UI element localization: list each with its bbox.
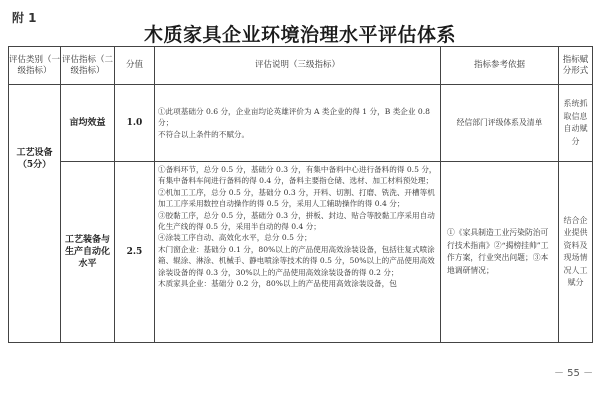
header-category: 评估类别（一级指标） bbox=[9, 47, 61, 85]
description-cell: ①备料环节，总分 0.5 分，基础分 0.3 分，有集中备料中心进行备料的得 0… bbox=[155, 162, 441, 343]
description-line: 不符合以上条件的不赋分。 bbox=[158, 129, 437, 140]
indicator-cell: 亩均效益 bbox=[61, 85, 115, 162]
description-line: 木门窗企业：基础分 0.1 分，80%以上的产品使用高效涂装设备，包括往复式喷涂… bbox=[158, 244, 437, 278]
table-header-row: 评估类别（一级指标） 评估指标（二级指标） 分值 评估说明（三级指标） 指标参考… bbox=[9, 47, 593, 85]
table-row: 工艺设备 （5分） 亩均效益 1.0 ①此项基础分 0.6 分，企业亩均论英雄评… bbox=[9, 85, 593, 162]
document-title: 木质家具企业环境治理水平评估体系 bbox=[0, 20, 600, 47]
evaluation-table: 评估类别（一级指标） 评估指标（二级指标） 分值 评估说明（三级指标） 指标参考… bbox=[8, 46, 593, 343]
reference-cell: 经信部门评级体系及清单 bbox=[441, 85, 559, 162]
scoring-form-cell: 系统抓取信息自动赋分 bbox=[559, 85, 593, 162]
description-line: ①备料环节，总分 0.5 分，基础分 0.3 分，有集中备料中心进行备料的得 0… bbox=[158, 164, 437, 187]
category-cell: 工艺设备 （5分） bbox=[9, 85, 61, 343]
description-line: ④涂装工序自动、高效化水平，总分 0.5 分； bbox=[158, 232, 437, 243]
score-cell: 1.0 bbox=[115, 85, 155, 162]
page-number: － 55 － bbox=[554, 364, 593, 379]
scoring-form-cell: 结合企业提供资料及现场情况人工赋分 bbox=[559, 162, 593, 343]
header-indicator: 评估指标（二级指标） bbox=[61, 47, 115, 85]
indicator-cell: 工艺装备与生产自动化水平 bbox=[61, 162, 115, 343]
header-scoring-form: 指标赋分形式 bbox=[559, 47, 593, 85]
description-cell: ①此项基础分 0.6 分，企业亩均论英雄评价为 A 类企业的得 1 分，B 类企… bbox=[155, 85, 441, 162]
header-reference: 指标参考依据 bbox=[441, 47, 559, 85]
description-line: ①此项基础分 0.6 分，企业亩均论英雄评价为 A 类企业的得 1 分，B 类企… bbox=[158, 106, 437, 129]
description-line: 木质家具企业：基础分 0.2 分，80%以上的产品使用高效涂装设备，包 bbox=[158, 278, 437, 289]
header-description: 评估说明（三级指标） bbox=[155, 47, 441, 85]
reference-cell: ①《家具制造工业污染防治可行技术指南》②“揭榜挂帅”工作方案，行业突出问题；③本… bbox=[441, 162, 559, 343]
header-score: 分值 bbox=[115, 47, 155, 85]
table-row: 工艺装备与生产自动化水平 2.5 ①备料环节，总分 0.5 分，基础分 0.3 … bbox=[9, 162, 593, 343]
category-name: 工艺设备 bbox=[9, 147, 60, 159]
description-line: ③胶黏工序，总分 0.5 分，基础分 0.3 分，拼板、封边、贴合等胶黏工序采用… bbox=[158, 210, 437, 233]
category-points: （5分） bbox=[9, 159, 60, 171]
description-line: ②机加工工序，总分 0.5 分，基础分 0.3 分，开料、切割、打磨、铣洗、开槽… bbox=[158, 187, 437, 210]
score-cell: 2.5 bbox=[115, 162, 155, 343]
